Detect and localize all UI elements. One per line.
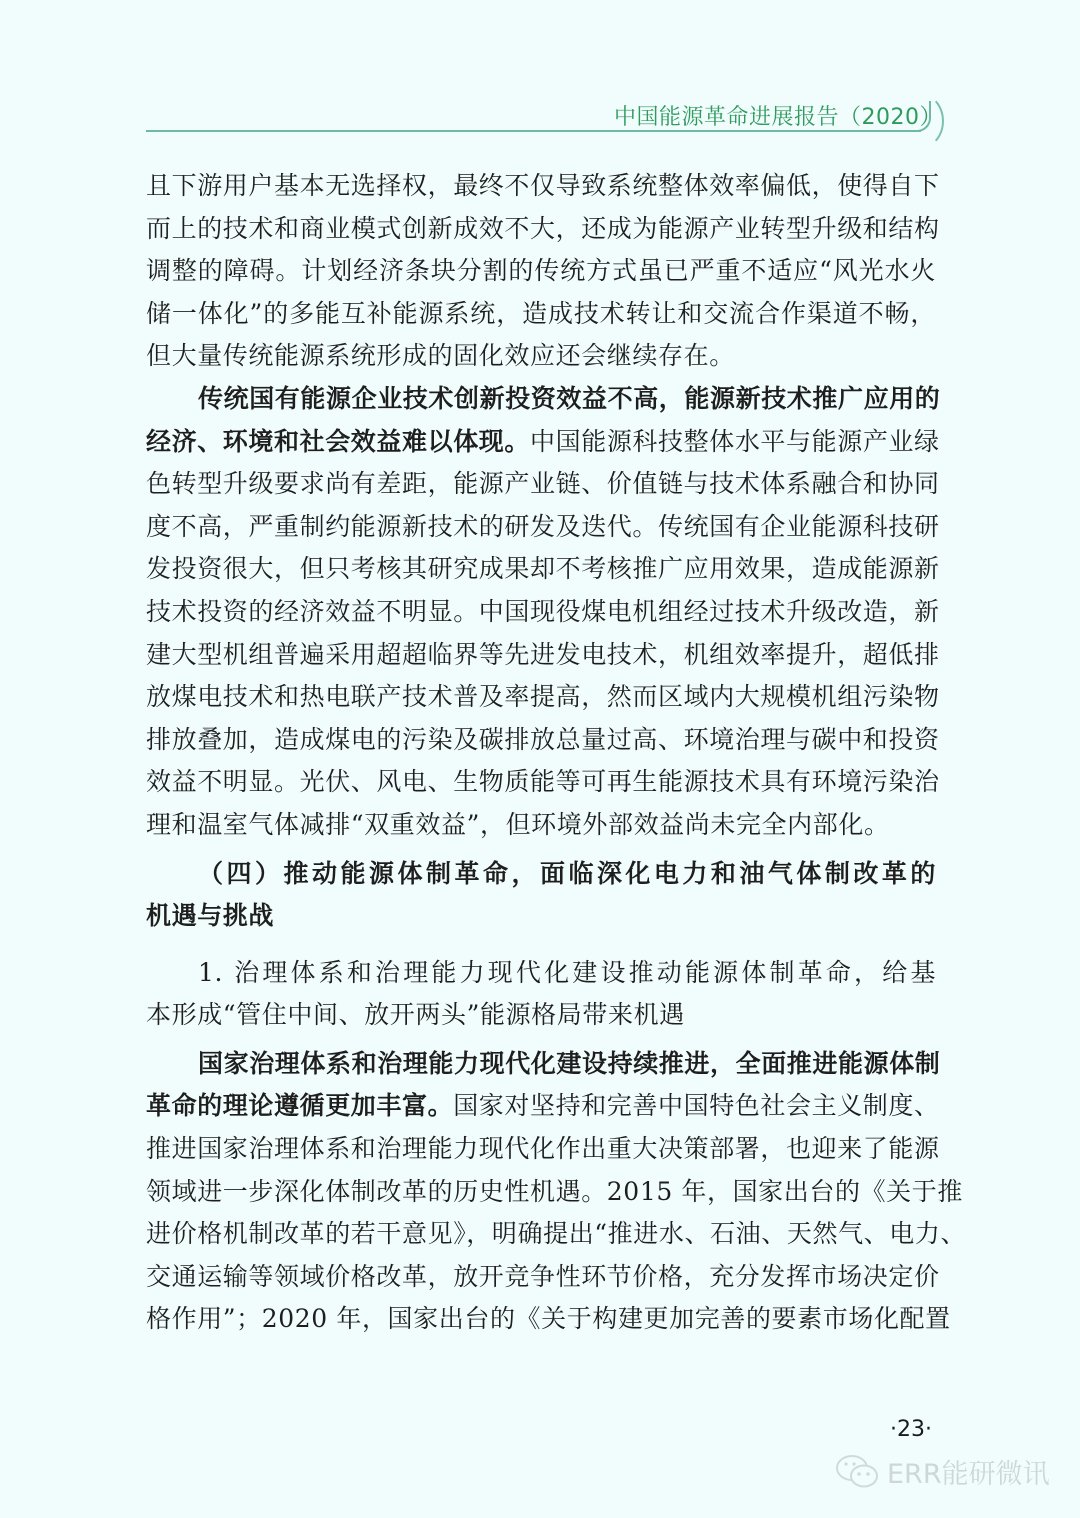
text-line: 储一体化”的多能互补能源系统，造成技术转让和交流合作渠道不畅，	[146, 293, 936, 336]
bold-lead-line: 国家治理体系和治理能力现代化建设持续推进，全面推进能源体制	[146, 1043, 936, 1086]
text-line: 领域进一步深化体制改革的历史性机遇。2015 年，国家出台的《关于推	[146, 1171, 936, 1214]
running-header-title: 中国能源革命进展报告（2020）	[614, 100, 942, 131]
text-line: 度不高，严重制约能源新技术的研发及迭代。传统国有企业能源科技研	[146, 506, 936, 549]
text-line: 效益不明显。光伏、风电、生物质能等可再生能源技术具有环境污染治	[146, 761, 936, 804]
section-heading-line: （四）推动能源体制革命，面临深化电力和油气体制改革的	[146, 853, 936, 896]
text-span: 国家对坚持和完善中国特色社会主义制度、	[453, 1091, 939, 1120]
text-line: 建大型机组普遍采用超超临界等先进发电技术，机组效率提升，超低排	[146, 634, 936, 677]
text-line: 经济、环境和社会效益难以体现。中国能源科技整体水平与能源产业绿	[146, 421, 936, 464]
section-heading-line: 机遇与挑战	[146, 895, 936, 938]
watermark: ERR能研微讯	[835, 1452, 1050, 1491]
page-body: 且下游用户基本无选择权，最终不仅导致系统整体效率偏低，使得自下 而上的技术和商业…	[146, 165, 936, 1341]
paragraph-2: 传统国有能源企业技术创新投资效益不高，能源新技术推广应用的 经济、环境和社会效益…	[146, 378, 936, 847]
text-line: 技术投资的经济效益不明显。中国现役煤电机组经过技术升级改造，新	[146, 591, 936, 634]
text-span: 中国能源科技整体水平与能源产业绿	[530, 427, 940, 456]
text-line: 放煤电技术和热电联产技术普及率提高，然而区域内大规模机组污染物	[146, 676, 936, 719]
text-line: 格作用”；2020 年，国家出台的《关于构建更加完善的要素市场化配置	[146, 1298, 936, 1341]
text-line: 发投资很大，但只考核其研究成果却不考核推广应用效果，造成能源新	[146, 548, 936, 591]
text-line: 推进国家治理体系和治理能力现代化作出重大决策部署，也迎来了能源	[146, 1128, 936, 1171]
text-line: 而上的技术和商业模式创新成效不大，还成为能源产业转型升级和结构	[146, 208, 936, 251]
text-line: 且下游用户基本无选择权，最终不仅导致系统整体效率偏低，使得自下	[146, 165, 936, 208]
section-heading: （四）推动能源体制革命，面临深化电力和油气体制改革的 机遇与挑战	[146, 853, 936, 938]
header-arc-decoration	[896, 93, 944, 149]
subheading-line: 本形成“管住中间、放开两头”能源格局带来机遇	[146, 994, 936, 1037]
paragraph-3: 国家治理体系和治理能力现代化建设持续推进，全面推进能源体制 革命的理论遵循更加丰…	[146, 1043, 936, 1341]
bold-lead-text: 经济、环境和社会效益难以体现。	[146, 427, 530, 456]
text-line: 进价格机制改革的若干意见》，明确提出“推进水、石油、天然气、电力、	[146, 1213, 936, 1256]
header-rule	[146, 130, 921, 132]
watermark-text: ERR能研微讯	[887, 1452, 1050, 1491]
paragraph-1: 且下游用户基本无选择权，最终不仅导致系统整体效率偏低，使得自下 而上的技术和商业…	[146, 165, 936, 378]
page-number: ·23·	[890, 1417, 932, 1442]
text-line: 排放叠加，造成煤电的污染及碳排放总量过高、环境治理与碳中和投资	[146, 719, 936, 762]
subheading-line: 1. 治理体系和治理能力现代化建设推动能源体制革命，给基	[146, 952, 936, 995]
subheading: 1. 治理体系和治理能力现代化建设推动能源体制革命，给基 本形成“管住中间、放开…	[146, 952, 936, 1037]
text-line: 但大量传统能源系统形成的固化效应还会继续存在。	[146, 335, 936, 378]
bold-lead-line: 传统国有能源企业技术创新投资效益不高，能源新技术推广应用的	[146, 378, 936, 421]
spacer	[146, 938, 936, 952]
text-line: 交通运输等领域价格改革，放开竞争性环节价格，充分发挥市场决定价	[146, 1256, 936, 1299]
text-line: 革命的理论遵循更加丰富。国家对坚持和完善中国特色社会主义制度、	[146, 1085, 936, 1128]
bold-lead-text: 革命的理论遵循更加丰富。	[146, 1091, 453, 1120]
page-header: 中国能源革命进展报告（2020）	[0, 0, 1080, 160]
text-line: 理和温室气体减排“双重效益”，但环境外部效益尚未完全内部化。	[146, 804, 936, 847]
text-line: 调整的障碍。计划经济条块分割的传统方式虽已严重不适应“风光水火	[146, 250, 936, 293]
wechat-icon	[835, 1454, 881, 1490]
text-line: 色转型升级要求尚有差距，能源产业链、价值链与技术体系融合和协同	[146, 463, 936, 506]
